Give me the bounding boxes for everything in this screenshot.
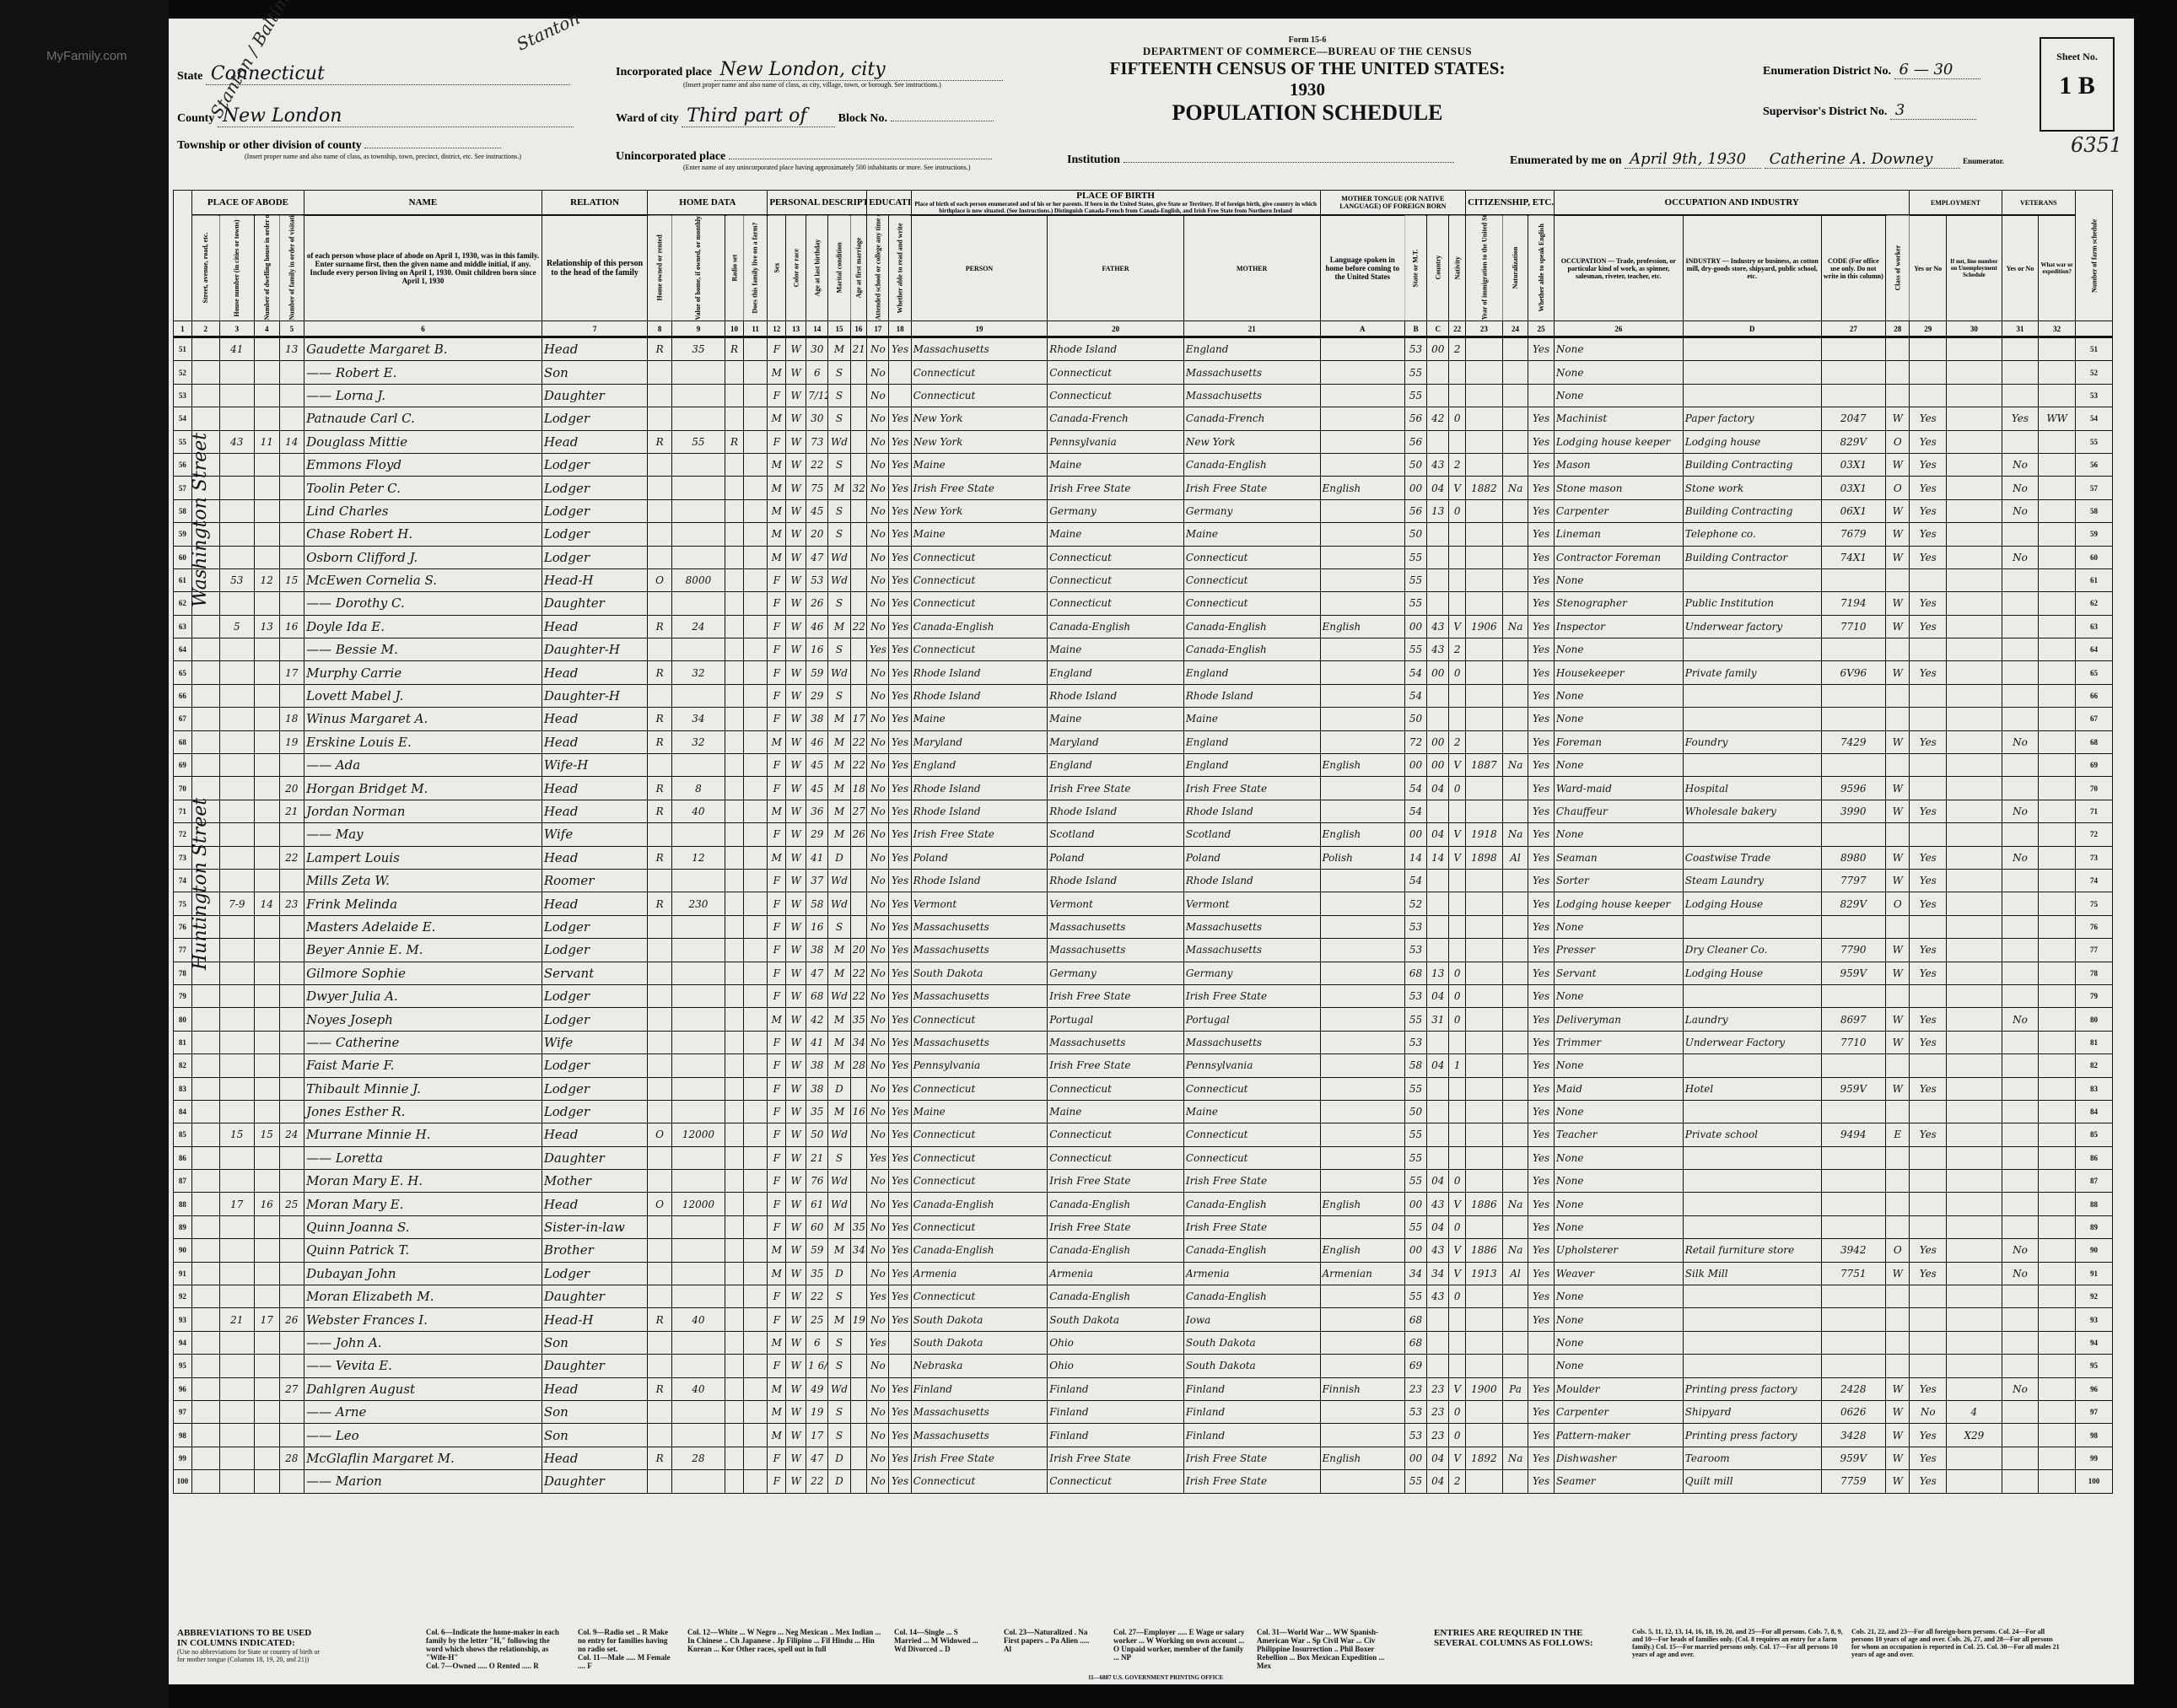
home-owned-cell xyxy=(648,869,671,892)
code-c-cell: 0 xyxy=(1449,1424,1466,1447)
home-value-cell xyxy=(671,499,725,522)
code-c-cell xyxy=(1449,1355,1466,1377)
at-work-cell: Yes xyxy=(1910,430,1947,453)
school-cell: No xyxy=(867,800,889,822)
speaks-english-cell: Yes xyxy=(1528,962,1555,984)
marital-cell: S xyxy=(828,1400,850,1423)
family-number-cell xyxy=(279,1215,304,1238)
immigration-year-cell xyxy=(1466,1170,1503,1193)
line-number: 93 xyxy=(174,1308,192,1331)
age-cell: 38 xyxy=(806,708,828,730)
dwelling-number-cell: 13 xyxy=(255,615,279,638)
code-b-cell: 04 xyxy=(1427,823,1449,846)
at-work-cell xyxy=(1910,1215,1947,1238)
birthplace-person-cell: Canada-English xyxy=(911,1239,1048,1262)
place-of-birth-title: PLACE OF BIRTH xyxy=(913,191,1318,201)
block-value xyxy=(891,121,994,121)
industry-cell: Building Contracting xyxy=(1683,453,1821,476)
watermark: MyFamily.com xyxy=(46,49,127,63)
industry-cell: Building Contractor xyxy=(1683,546,1821,568)
occupation-cell: None xyxy=(1554,361,1683,384)
street-cell xyxy=(191,1424,219,1447)
column-number: 26 xyxy=(1554,321,1683,337)
code-c-cell: 2 xyxy=(1449,730,1466,753)
family-number-cell: 14 xyxy=(279,430,304,453)
birthplace-mother-cell: Rhode Island xyxy=(1183,684,1320,707)
unemployment-line-cell xyxy=(1947,477,2002,499)
farm-cell xyxy=(743,1447,767,1469)
naturalization-cell: Na xyxy=(1502,615,1528,638)
veteran-cell xyxy=(2002,661,2039,684)
family-number-cell xyxy=(279,962,304,984)
col-12-header: Color or race xyxy=(786,215,806,321)
age-first-marriage-cell xyxy=(850,499,867,522)
birthplace-person-cell: Connecticut xyxy=(911,546,1048,568)
birthplace-father-cell: Connecticut xyxy=(1048,1470,1184,1493)
code-c-cell: 2 xyxy=(1449,638,1466,661)
unemployment-line-cell xyxy=(1947,1215,2002,1238)
enumerated-label: Enumerated by me on xyxy=(1510,154,1622,167)
age-cell: 38 xyxy=(806,1077,828,1100)
mother-tongue-cell xyxy=(1320,915,1404,938)
name-cell: —— Robert E. xyxy=(304,361,542,384)
radio-cell xyxy=(725,1285,744,1308)
table-row: 84Jones Esther R.LodgerFW35M16NoYesMaine… xyxy=(174,1100,2113,1123)
enumeration-district-field: Enumeration District No. 6 — 30 xyxy=(1763,61,1980,79)
war-cell xyxy=(2039,730,2076,753)
column-number: 15 xyxy=(828,321,850,337)
immigration-year-cell xyxy=(1466,730,1503,753)
mother-tongue-cell xyxy=(1320,800,1404,822)
abbrev-title: ABBREVIATIONS TO BE USED IN COLUMNS INDI… xyxy=(177,1628,321,1648)
birthplace-mother-cell: Canada-French xyxy=(1183,407,1320,430)
marital-cell: Wd xyxy=(828,892,850,915)
school-cell: No xyxy=(867,1262,889,1285)
naturalization-cell xyxy=(1502,1170,1528,1193)
industry-cell xyxy=(1683,638,1821,661)
immigration-year-cell xyxy=(1466,1008,1503,1031)
table-row: 514113Gaudette Margaret B.HeadR35RFW30M2… xyxy=(174,337,2113,361)
marital-cell: S xyxy=(828,361,850,384)
birthplace-mother-cell: Connecticut xyxy=(1183,592,1320,615)
immigration-year-cell: 1906 xyxy=(1466,615,1503,638)
relation-cell: Lodger xyxy=(542,523,648,546)
speaks-english-cell: Yes xyxy=(1528,1285,1555,1308)
class-of-worker-cell: W xyxy=(1886,592,1910,615)
speaks-english-cell: Yes xyxy=(1528,1077,1555,1100)
table-row: 55431114Douglass MittieHeadR55RFW73WdNoY… xyxy=(174,430,2113,453)
occupation-cell: None xyxy=(1554,1308,1683,1331)
line-number: 61 xyxy=(174,568,192,591)
sex-cell: F xyxy=(768,1123,786,1146)
unemployment-line-cell xyxy=(1947,1331,2002,1354)
veteran-cell xyxy=(2002,592,2039,615)
col-25-header: OCCUPATION — Trade, profession, or parti… xyxy=(1554,215,1683,321)
naturalization-cell xyxy=(1502,984,1528,1007)
speaks-english-cell: Yes xyxy=(1528,869,1555,892)
sex-cell: F xyxy=(768,1447,786,1469)
home-owned-cell xyxy=(648,1100,671,1123)
radio-cell xyxy=(725,1400,744,1423)
column-number: C xyxy=(1427,321,1449,337)
column-number: 6 xyxy=(304,321,542,337)
immigration-year-cell xyxy=(1466,499,1503,522)
birthplace-person-cell: Canada-English xyxy=(911,615,1048,638)
code-b-cell xyxy=(1427,1146,1449,1169)
name-cell: Mills Zeta W. xyxy=(304,869,542,892)
home-value-cell xyxy=(671,1355,725,1377)
birthplace-mother-cell: Connecticut xyxy=(1183,546,1320,568)
col-14-header: Marital condition xyxy=(828,215,850,321)
unincorporated-value xyxy=(729,159,992,159)
code-b-cell xyxy=(1427,915,1449,938)
industry-cell xyxy=(1683,1100,1821,1123)
relation-cell: Head xyxy=(542,1447,648,1469)
veteran-cell xyxy=(2002,754,2039,777)
occupation-code-cell: 829V xyxy=(1821,430,1885,453)
birthplace-father-cell: Rhode Island xyxy=(1048,869,1184,892)
mother-tongue-cell xyxy=(1320,1054,1404,1077)
school-cell: No xyxy=(867,846,889,869)
school-cell: No xyxy=(867,892,889,915)
age-first-marriage-cell xyxy=(850,1262,867,1285)
dwelling-number-cell xyxy=(255,1170,279,1193)
naturalization-cell xyxy=(1502,546,1528,568)
at-work-cell xyxy=(1910,1355,1947,1377)
birthplace-mother-cell: Finland xyxy=(1183,1400,1320,1423)
occupation-cell: Servant xyxy=(1554,962,1683,984)
street-cell xyxy=(191,962,219,984)
code-a-cell: 53 xyxy=(1404,337,1426,361)
population-schedule-table: PLACE OF ABODE NAME RELATION HOME DATA P… xyxy=(173,190,2113,1494)
unemployment-line-cell xyxy=(1947,939,2002,962)
naturalization-cell xyxy=(1502,1400,1528,1423)
code-b-cell xyxy=(1427,869,1449,892)
industry-cell xyxy=(1683,1170,1821,1193)
line-number-right: 74 xyxy=(2076,869,2113,892)
speaks-english-cell: Yes xyxy=(1528,1170,1555,1193)
age-cell: 46 xyxy=(806,615,828,638)
radio-cell xyxy=(725,1239,744,1262)
dwelling-number-cell xyxy=(255,800,279,822)
class-of-worker-cell xyxy=(1886,984,1910,1007)
home-value-cell: 24 xyxy=(671,615,725,638)
birthplace-mother-cell: Irish Free State xyxy=(1183,984,1320,1007)
mother-tongue-cell xyxy=(1320,777,1404,800)
code-b-cell: 04 xyxy=(1427,477,1449,499)
occupation-code-cell xyxy=(1821,1100,1885,1123)
read-write-cell: Yes xyxy=(889,1146,911,1169)
family-number-cell xyxy=(279,1008,304,1031)
house-number-cell xyxy=(219,939,254,962)
naturalization-cell xyxy=(1502,499,1528,522)
age-cell: 21 xyxy=(806,1146,828,1169)
code-b-cell xyxy=(1427,1031,1449,1053)
mother-tongue-cell xyxy=(1320,1100,1404,1123)
school-cell: No xyxy=(867,1308,889,1331)
line-number-right: 66 xyxy=(2076,684,2113,707)
unemployment-line-cell: X29 xyxy=(1947,1424,2002,1447)
column-number: 28 xyxy=(1886,321,1910,337)
read-write-cell: Yes xyxy=(889,1215,911,1238)
name-cell: Toolin Peter C. xyxy=(304,477,542,499)
class-of-worker-cell: W xyxy=(1886,939,1910,962)
name-cell: —— Dorothy C. xyxy=(304,592,542,615)
house-number-cell xyxy=(219,592,254,615)
family-number-cell xyxy=(279,638,304,661)
at-work-cell: Yes xyxy=(1910,661,1947,684)
at-work-cell: Yes xyxy=(1910,939,1947,962)
unincorporated-note: (Enter name of any unincorporated place … xyxy=(683,164,992,171)
birthplace-mother-cell: England xyxy=(1183,754,1320,777)
race-cell: W xyxy=(786,708,806,730)
race-cell: W xyxy=(786,754,806,777)
occupation-cell: Carpenter xyxy=(1554,499,1683,522)
home-owned-cell: R xyxy=(648,730,671,753)
at-work-cell: No xyxy=(1910,1400,1947,1423)
home-owned-cell xyxy=(648,984,671,1007)
family-number-cell: 16 xyxy=(279,615,304,638)
age-first-marriage-cell xyxy=(850,638,867,661)
war-cell xyxy=(2039,1355,2076,1377)
home-value-cell xyxy=(671,361,725,384)
birthplace-mother-cell: Portugal xyxy=(1183,1008,1320,1031)
occupation-code-cell xyxy=(1821,384,1885,407)
marital-cell: S xyxy=(828,1424,850,1447)
industry-cell: Foundry xyxy=(1683,730,1821,753)
group-personal-description: PERSONAL DESCRIPTION xyxy=(768,191,867,216)
code-c-cell xyxy=(1449,1308,1466,1331)
naturalization-cell xyxy=(1502,661,1528,684)
read-write-cell: Yes xyxy=(889,984,911,1007)
street-cell xyxy=(191,1100,219,1123)
sex-cell: F xyxy=(768,915,786,938)
sex-cell: F xyxy=(768,684,786,707)
col-7-header: Home owned or rented xyxy=(648,215,671,321)
age-cell: 75 xyxy=(806,477,828,499)
relation-cell: Daughter xyxy=(542,1470,648,1493)
sex-cell: F xyxy=(768,430,786,453)
farm-cell xyxy=(743,823,767,846)
family-number-cell xyxy=(279,477,304,499)
naturalization-cell: Na xyxy=(1502,754,1528,777)
radio-cell xyxy=(725,777,744,800)
naturalization-cell xyxy=(1502,453,1528,476)
read-write-cell: Yes xyxy=(889,708,911,730)
school-cell: No xyxy=(867,661,889,684)
race-cell: W xyxy=(786,453,806,476)
veteran-cell xyxy=(2002,1424,2039,1447)
industry-cell xyxy=(1683,1146,1821,1169)
sheet-label: Sheet No. xyxy=(2041,51,2113,63)
dwelling-number-cell xyxy=(255,523,279,546)
unemployment-line-cell xyxy=(1947,453,2002,476)
school-cell: No xyxy=(867,568,889,591)
occupation-code-cell xyxy=(1821,1170,1885,1193)
line-number: 96 xyxy=(174,1377,192,1400)
col-30-header: Yes or No xyxy=(2002,215,2039,321)
code-b-cell xyxy=(1427,361,1449,384)
class-of-worker-cell xyxy=(1886,1193,1910,1215)
col-19-header: FATHER xyxy=(1048,215,1184,321)
unemployment-line-cell xyxy=(1947,546,2002,568)
radio-cell xyxy=(725,800,744,822)
radio-cell xyxy=(725,523,744,546)
house-number-cell: 5 xyxy=(219,615,254,638)
street-cell xyxy=(191,1031,219,1053)
race-cell: W xyxy=(786,1031,806,1053)
home-value-cell xyxy=(671,939,725,962)
birthplace-person-cell: Connecticut xyxy=(911,1123,1048,1146)
unincorporated-label: Unincorporated place xyxy=(616,150,725,163)
family-number-cell xyxy=(279,1170,304,1193)
house-number-cell xyxy=(219,1331,254,1354)
mother-tongue-cell xyxy=(1320,1215,1404,1238)
age-first-marriage-cell: 35 xyxy=(850,1008,867,1031)
code-a-cell: 00 xyxy=(1404,1239,1426,1262)
naturalization-cell: Na xyxy=(1502,823,1528,846)
birthplace-person-cell: Connecticut xyxy=(911,1077,1048,1100)
class-of-worker-cell xyxy=(1886,1170,1910,1193)
col-b-header: Country xyxy=(1427,215,1449,321)
age-first-marriage-cell xyxy=(850,1331,867,1354)
speaks-english-cell: Yes xyxy=(1528,1123,1555,1146)
code-a-cell: 54 xyxy=(1404,684,1426,707)
war-cell xyxy=(2039,430,2076,453)
school-cell: No xyxy=(867,1400,889,1423)
at-work-cell: Yes xyxy=(1910,1031,1947,1053)
birthplace-person-cell: Massachusetts xyxy=(911,337,1048,361)
unemployment-line-cell xyxy=(1947,430,2002,453)
immigration-year-cell xyxy=(1466,361,1503,384)
veteran-cell xyxy=(2002,615,2039,638)
relation-cell: Daughter xyxy=(542,592,648,615)
col-18-header: PERSON xyxy=(911,215,1048,321)
war-cell xyxy=(2039,523,2076,546)
age-first-marriage-cell: 22 xyxy=(850,615,867,638)
naturalization-cell: Na xyxy=(1502,1447,1528,1469)
speaks-english-cell: Yes xyxy=(1528,523,1555,546)
line-number: 78 xyxy=(174,962,192,984)
street-cell xyxy=(191,915,219,938)
name-cell: —— Arne xyxy=(304,1400,542,1423)
industry-cell: Steam Laundry xyxy=(1683,869,1821,892)
code-b-cell: 04 xyxy=(1427,1447,1449,1469)
race-cell: W xyxy=(786,1146,806,1169)
relation-cell: Head xyxy=(542,730,648,753)
age-cell: 42 xyxy=(806,1008,828,1031)
code-a-cell: 68 xyxy=(1404,1308,1426,1331)
line-number: 90 xyxy=(174,1239,192,1262)
code-c-cell: 2 xyxy=(1449,1470,1466,1493)
birthplace-person-cell: Massachusetts xyxy=(911,915,1048,938)
line-number: 66 xyxy=(174,684,192,707)
mother-tongue-cell xyxy=(1320,407,1404,430)
birthplace-father-cell: Maine xyxy=(1048,1100,1184,1123)
relation-cell: Lodger xyxy=(542,1262,648,1285)
mother-tongue-cell xyxy=(1320,568,1404,591)
street-cell xyxy=(191,869,219,892)
birthplace-person-cell: Connecticut xyxy=(911,568,1048,591)
house-number-cell xyxy=(219,684,254,707)
column-number: 22 xyxy=(1449,321,1466,337)
unemployment-line-cell xyxy=(1947,1308,2002,1331)
line-number: 56 xyxy=(174,453,192,476)
read-write-cell: Yes xyxy=(889,661,911,684)
unemployment-line-cell xyxy=(1947,1355,2002,1377)
occupation-code-cell: 3990 xyxy=(1821,800,1885,822)
street-cell xyxy=(191,638,219,661)
age-cell: 47 xyxy=(806,962,828,984)
code-a-cell: 58 xyxy=(1404,1054,1426,1077)
birthplace-mother-cell: Massachusetts xyxy=(1183,1031,1320,1053)
birthplace-mother-cell: Connecticut xyxy=(1183,1123,1320,1146)
line-number-right: 96 xyxy=(2076,1377,2113,1400)
age-cell: 47 xyxy=(806,546,828,568)
relation-cell: Head xyxy=(542,1377,648,1400)
house-number-cell xyxy=(219,869,254,892)
code-b-cell: 00 xyxy=(1427,661,1449,684)
name-cell: —— Vevita E. xyxy=(304,1355,542,1377)
family-number-cell xyxy=(279,1054,304,1077)
code-b-cell xyxy=(1427,1331,1449,1354)
marital-cell: M xyxy=(828,1054,850,1077)
line-number: 62 xyxy=(174,592,192,615)
industry-cell xyxy=(1683,1285,1821,1308)
unemployment-line-cell xyxy=(1947,1123,2002,1146)
occupation-cell: Dishwasher xyxy=(1554,1447,1683,1469)
home-value-cell xyxy=(671,1100,725,1123)
place-of-birth-note: Place of birth of each person enumerated… xyxy=(913,201,1318,214)
speaks-english-cell: Yes xyxy=(1528,754,1555,777)
home-owned-cell: R xyxy=(648,615,671,638)
age-cell: 6 xyxy=(806,361,828,384)
birthplace-father-cell: Finland xyxy=(1048,1424,1184,1447)
table-row: 64—— Bessie M.Daughter-HFW16SYesYesConne… xyxy=(174,638,2113,661)
house-number-cell: 15 xyxy=(219,1123,254,1146)
age-first-marriage-cell xyxy=(850,661,867,684)
marital-cell: S xyxy=(828,1331,850,1354)
mother-tongue-cell xyxy=(1320,638,1404,661)
industry-cell xyxy=(1683,361,1821,384)
name-cell: Dahlgren August xyxy=(304,1377,542,1400)
immigration-year-cell xyxy=(1466,1077,1503,1100)
col-26-header: INDUSTRY — Industry or business, as cott… xyxy=(1683,215,1821,321)
marital-cell: M xyxy=(828,337,850,361)
war-cell xyxy=(2039,477,2076,499)
at-work-cell: Yes xyxy=(1910,1239,1947,1262)
mother-tongue-cell xyxy=(1320,453,1404,476)
industry-cell: Public Institution xyxy=(1683,592,1821,615)
code-b-cell xyxy=(1427,430,1449,453)
class-of-worker-cell xyxy=(1886,638,1910,661)
code-a-cell: 55 xyxy=(1404,1077,1426,1100)
birthplace-person-cell: Maine xyxy=(911,1100,1048,1123)
home-value-cell xyxy=(671,384,725,407)
occupation-cell: Maid xyxy=(1554,1077,1683,1100)
house-number-cell: 41 xyxy=(219,337,254,361)
speaks-english-cell: Yes xyxy=(1528,1193,1555,1215)
radio-cell xyxy=(725,384,744,407)
family-number-cell xyxy=(279,684,304,707)
dwelling-number-cell: 17 xyxy=(255,1308,279,1331)
speaks-english-cell: Yes xyxy=(1528,939,1555,962)
age-cell: 46 xyxy=(806,730,828,753)
marital-cell: S xyxy=(828,1146,850,1169)
birthplace-father-cell: South Dakota xyxy=(1048,1308,1184,1331)
speaks-english-cell: Yes xyxy=(1528,453,1555,476)
radio-cell xyxy=(725,1100,744,1123)
